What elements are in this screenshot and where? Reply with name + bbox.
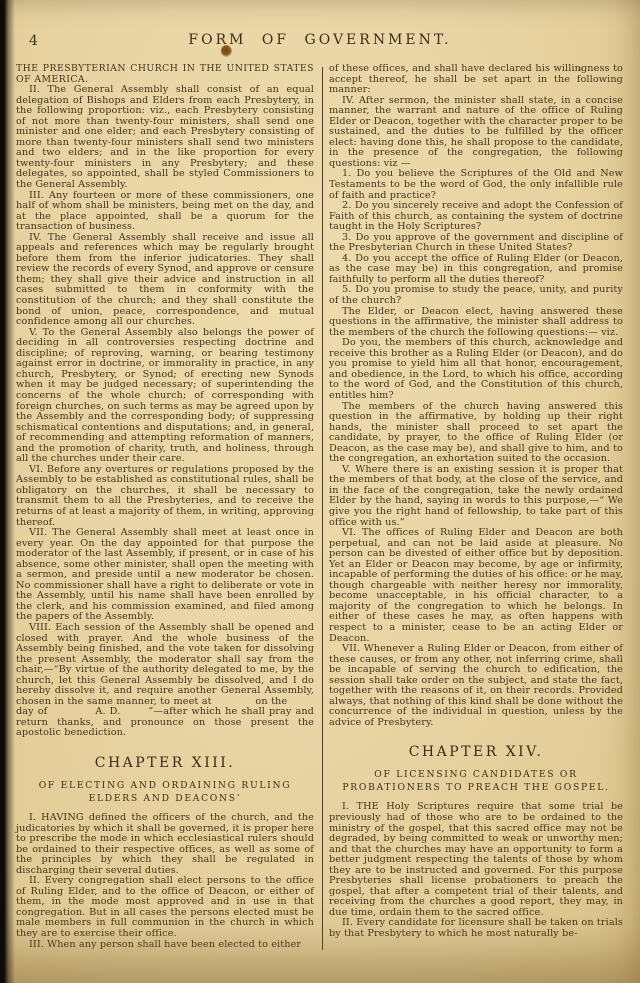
paragraph: III. Any fourteen or more of these commi… [16, 191, 314, 233]
paragraph: 3. Do you approve of the government and … [329, 233, 623, 254]
paragraph: V. To the General Assembly also belongs … [16, 328, 314, 465]
paragraph: The members of the church having answere… [329, 402, 623, 465]
paragraph: V. Where there is an existing session it… [329, 465, 623, 528]
paragraph: 5. Do you promise to study the peace, un… [329, 285, 623, 306]
paragraph: II. Every congregation shall elect perso… [16, 876, 314, 939]
chapter-subheading: OF ELECTING AND ORDAINING RULING ELDERS … [16, 780, 314, 805]
paragraph: I. HAVING defined the officers of the ch… [16, 813, 314, 876]
paragraph: I. THE Holy Scriptures require that some… [329, 802, 623, 918]
text-columns: THE PRESBYTERIAN CHURCH IN THE UNITED ST… [16, 64, 624, 950]
paragraph: VII. The General Assembly shall meet at … [16, 528, 314, 623]
ink-stain [221, 45, 232, 57]
paragraph: VIII. Each session of the Assembly shall… [16, 623, 314, 739]
column-divider [322, 67, 323, 950]
paragraph: The Elder, or Deacon elect, having answe… [329, 307, 623, 339]
paragraph: IV. After sermon, the minister shall sta… [329, 96, 623, 170]
paragraph: II. The General Assembly shall consist o… [16, 85, 314, 190]
left-column: THE PRESBYTERIAN CHURCH IN THE UNITED ST… [16, 64, 314, 950]
chapter-subheading: OF LICENSING CANDIDATES OR PROBATIONERS … [329, 769, 623, 794]
running-header-title: FORM OF GOVERNMENT. [0, 32, 640, 48]
paragraph: VII. Whenever a Ruling Elder or Deacon, … [329, 644, 623, 728]
paragraph: THE PRESBYTERIAN CHURCH IN THE UNITED ST… [16, 64, 314, 85]
paragraph: 2. Do you sincerely receive and adopt th… [329, 201, 623, 233]
paragraph: of these offices, and shall have declare… [329, 64, 623, 96]
right-column: of these offices, and shall have declare… [329, 64, 623, 940]
paragraph: VI. The offices of Ruling Elder and Deac… [329, 528, 623, 644]
paragraph: IV. The General Assembly shall receive a… [16, 233, 314, 328]
chapter-heading: CHAPTER XIII. [16, 756, 314, 771]
paragraph: III. When any person shall have been ele… [16, 940, 314, 951]
paragraph: II. Every candidate for licensure shall … [329, 918, 623, 939]
paragraph: Do you, the members of this church, ackn… [329, 338, 623, 401]
paragraph: VI. Before any overtures or regulations … [16, 465, 314, 528]
paragraph: 4. Do you accept the office of Ruling El… [329, 254, 623, 286]
page-gutter-shadow [0, 0, 15, 983]
chapter-heading: CHAPTER XIV. [329, 745, 623, 760]
book-page: 4 FORM OF GOVERNMENT. THE PRESBYTERIAN C… [0, 0, 640, 983]
paragraph: 1. Do you believe the Scriptures of the … [329, 169, 623, 201]
